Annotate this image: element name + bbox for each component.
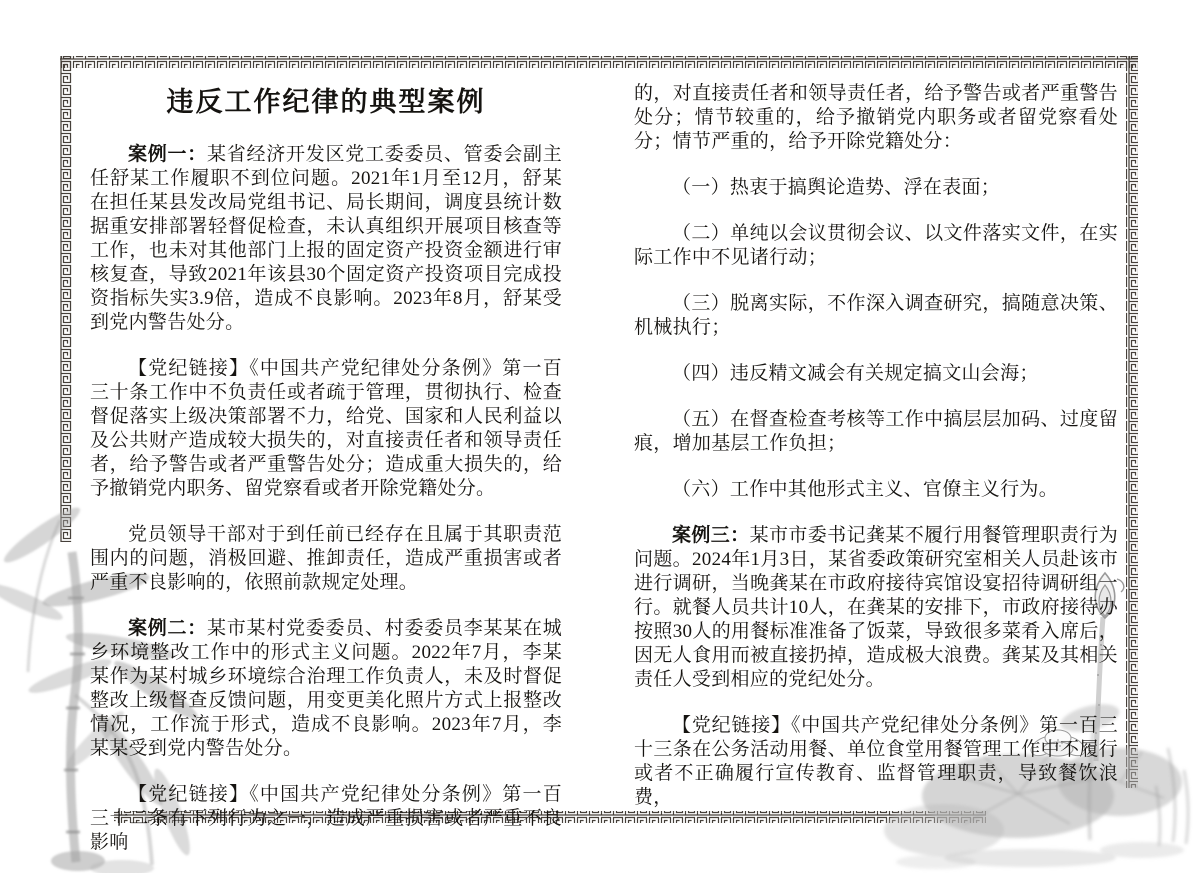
page-title: 违反工作纪律的典型案例 bbox=[90, 80, 562, 119]
left-column: 违反工作纪律的典型案例 案例一：某省经济开发区党工委委员、管委会副主任舒某工作履… bbox=[90, 74, 562, 855]
case-3-paragraph: 案例三：某市市委书记龚某不履行用餐管理职责行为问题。2024年1月3日，某省委政… bbox=[634, 524, 1118, 692]
list-item-2: （二）单纯以会议贯彻会议、以文件落实文件，在实际工作中不见诸行动； bbox=[634, 222, 1118, 270]
list-item-5: （五）在督查检查考核等工作中搞层层加码、过度留痕，增加基层工作负担； bbox=[634, 408, 1118, 456]
discipline-link-3-paragraph: 【党纪链接】《中国共产党纪律处分条例》第一百三十三条在公务活动用餐、单位食堂用餐… bbox=[634, 714, 1118, 810]
case-1-paragraph: 案例一：某省经济开发区党工委委员、管委会副主任舒某工作履职不到位问题。2021年… bbox=[90, 143, 562, 335]
bamboo-nodes bbox=[64, 598, 85, 832]
supplementary-provision-paragraph: 党员领导干部对于到任前已经存在且属于其职责范围内的问题，消极回避、推卸责任，造成… bbox=[90, 523, 562, 595]
border-top bbox=[60, 56, 1138, 68]
discipline-link-1-paragraph: 【党纪链接】《中国共产党纪律处分条例》第一百三十条工作中不负责任或者疏于管理，贯… bbox=[90, 357, 562, 501]
continuation-paragraph: 的，对直接责任者和领导责任者，给予警告或者严重警告处分；情节较重的，给予撤销党内… bbox=[634, 82, 1118, 154]
list-item-3: （三）脱离实际，不作深入调查研究，搞随意决策、机械执行； bbox=[634, 292, 1118, 340]
list-item-6: （六）工作中其他形式主义、官僚主义行为。 bbox=[634, 478, 1118, 502]
discipline-link-2-paragraph: 【党纪链接】《中国共产党纪律处分条例》第一百三十二条有下列行为之一，造成严重损害… bbox=[90, 783, 562, 855]
case-2-label: 案例二： bbox=[128, 618, 207, 639]
list-item-4: （四）违反精文减会有关规定搞文山会海； bbox=[634, 362, 1118, 386]
right-column: 的，对直接责任者和领导责任者，给予警告或者严重警告处分；情节较重的，给予撤销党内… bbox=[634, 74, 1118, 855]
grass-strokes bbox=[1156, 748, 1188, 846]
border-left bbox=[60, 56, 72, 542]
border-right bbox=[1126, 56, 1138, 788]
list-item-1: （一）热衷于搞舆论造势、浮在表面； bbox=[634, 176, 1118, 200]
case-1-label: 案例一： bbox=[128, 144, 207, 165]
document-page: 违反工作纪律的典型案例 案例一：某省经济开发区党工委委员、管委会副主任舒某工作履… bbox=[0, 0, 1198, 873]
case-3-label: 案例三： bbox=[672, 525, 750, 546]
bamboo-stalk bbox=[70, 552, 78, 862]
case-2-paragraph: 案例二：某市某村党委委员、村委委员李某某在城乡环境整改工作中的形式主义问题。20… bbox=[90, 617, 562, 761]
page-body: 违反工作纪律的典型案例 案例一：某省经济开发区党工委委员、管委会副主任舒某工作履… bbox=[90, 74, 1118, 855]
